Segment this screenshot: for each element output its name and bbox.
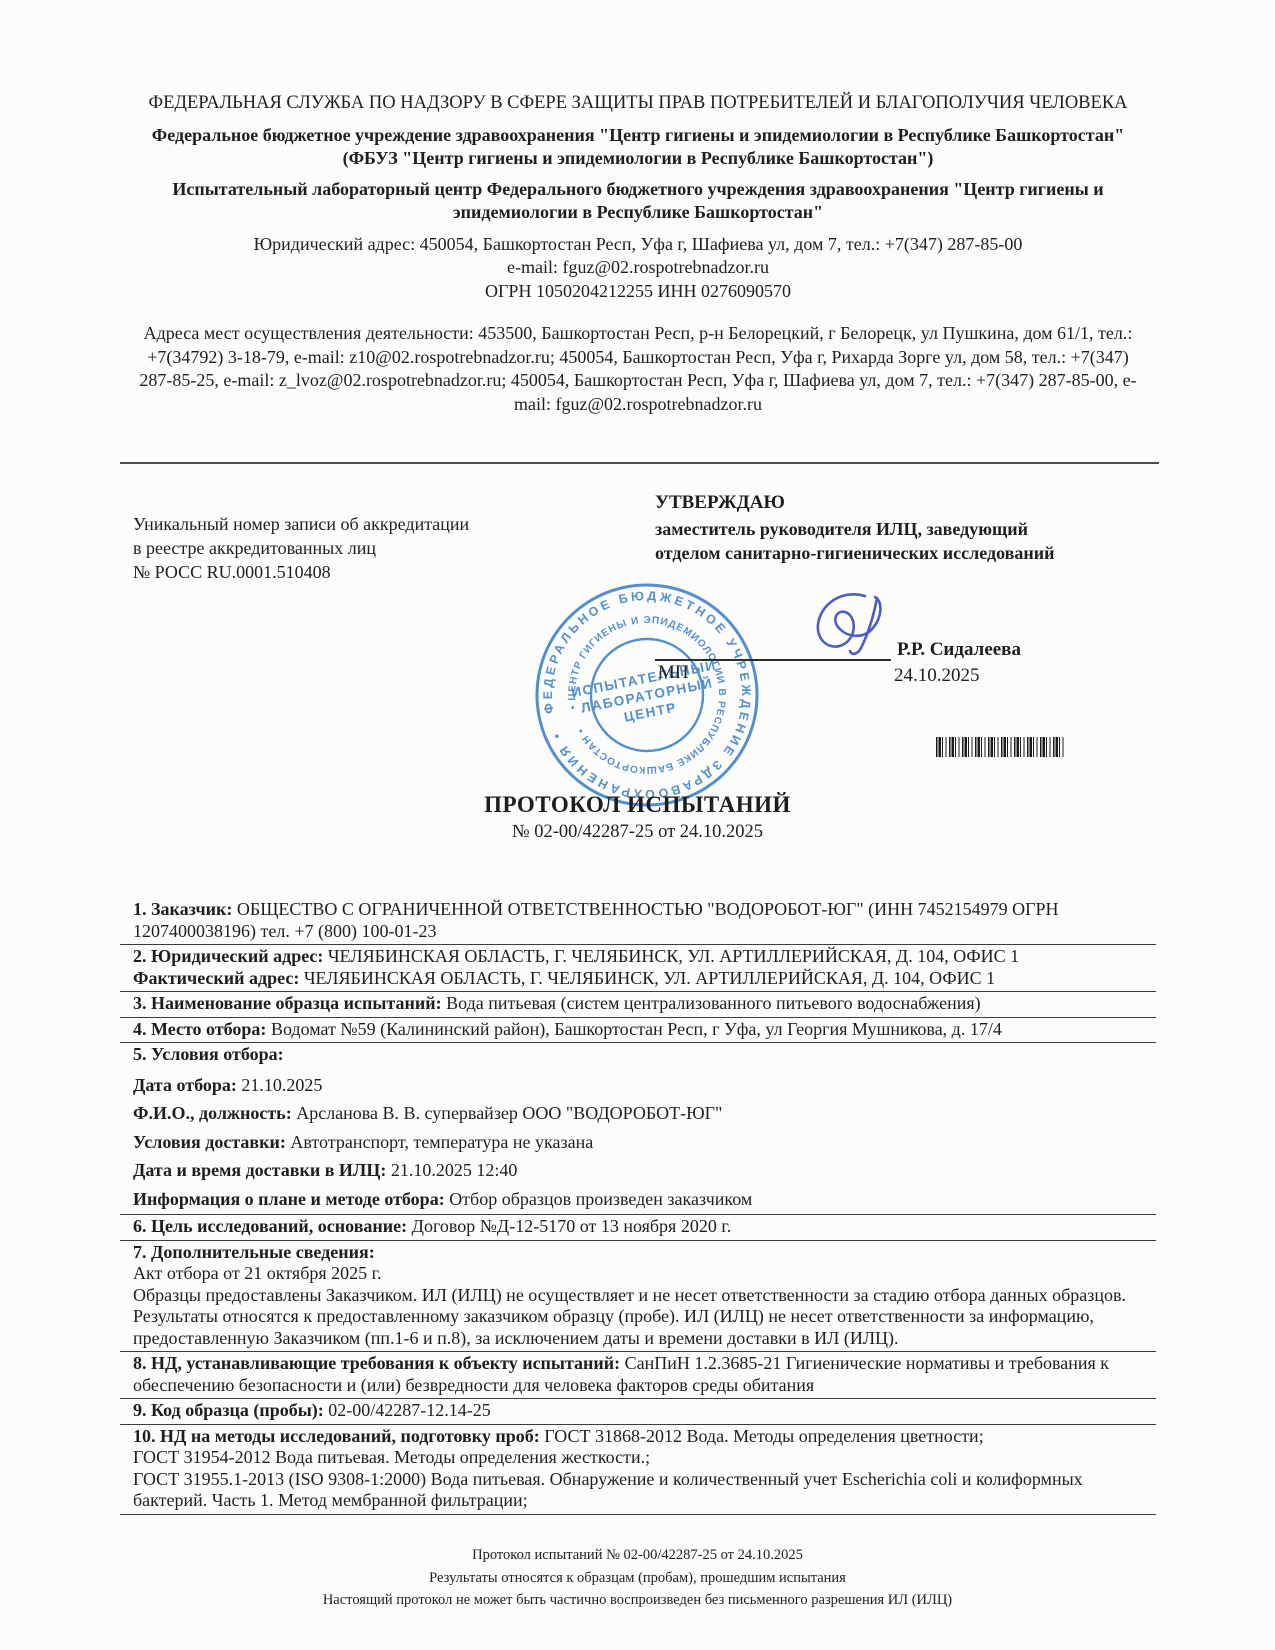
federal-service-name: ФЕДЕРАЛЬНАЯ СЛУЖБА ПО НАДЗОРУ В СФЕРЕ ЗА…: [130, 92, 1146, 116]
sampling-date-line: Дата отбора: 21.10.2025: [120, 1075, 1156, 1097]
protocol-sections: 1. Заказчик: ОБЩЕСТВО С ОГРАНИЧЕННОЙ ОТВ…: [120, 898, 1156, 1515]
accreditation-number: № РОСС RU.0001.510408: [133, 560, 513, 584]
section-sampling-conditions: 5. Условия отбора:: [120, 1043, 1156, 1068]
document-number: № 02-00/42287-25 от 24.10.2025: [0, 822, 1275, 843]
footer-protocol-number: Протокол испытаний № 02-00/42287-25 от 2…: [0, 1544, 1275, 1567]
testing-lab-center-name: Испытательный лабораторный центр Федерал…: [130, 178, 1146, 225]
disclaimer-paragraph: Образцы предоставлены Заказчиком. ИЛ (ИЛ…: [133, 1285, 1150, 1350]
section-value: ЧЕЛЯБИНСКАЯ ОБЛАСТЬ, Г. ЧЕЛЯБИНСК, УЛ. А…: [304, 968, 995, 988]
section-value: ГОСТ 31868-2012 Вода. Методы определения…: [544, 1426, 983, 1446]
accreditation-line-1: Уникальный номер записи об аккредитации: [133, 512, 513, 536]
section-value: Водомат №59 (Калининский район), Башкорт…: [271, 1019, 1002, 1039]
sampling-plan-line: Информация о плане и методе отбора: Отбо…: [120, 1189, 1156, 1216]
mp-seal-mark: МП: [658, 662, 689, 684]
gost-line: ГОСТ 31954-2012 Вода питьевая. Методы оп…: [133, 1447, 1150, 1469]
section-label: 5. Условия отбора:: [133, 1044, 284, 1064]
section-test-methods: 10. НД на методы исследований, подготовк…: [120, 1425, 1156, 1515]
ogrn-inn-line: ОГРН 1050204212255 ИНН 0276090570: [130, 280, 1146, 304]
signature-line: [655, 659, 891, 661]
organization-short-name: (ФБУЗ "Центр гигиены и эпидемиологии в Р…: [130, 147, 1146, 171]
section-label: 3. Наименование образца испытаний:: [133, 993, 442, 1013]
protocol-document-page: ФЕДЕРАЛЬНАЯ СЛУЖБА ПО НАДЗОРУ В СФЕРЕ ЗА…: [0, 0, 1275, 1650]
letterhead: ФЕДЕРАЛЬНАЯ СЛУЖБА ПО НАДЗОРУ В СФЕРЕ ЗА…: [130, 92, 1146, 416]
handwritten-signature: [803, 588, 903, 668]
organization-full-name: Федеральное бюджетное учреждение здравоо…: [130, 124, 1146, 148]
section-label: 7. Дополнительные сведения:: [133, 1242, 375, 1262]
footer-reproduction-note: Настоящий протокол не может быть частичн…: [0, 1589, 1275, 1612]
approval-date: 24.10.2025: [894, 665, 980, 687]
accreditation-block: Уникальный номер записи об аккредитации …: [133, 512, 513, 584]
approver-name: Р.Р. Сидалеева: [897, 639, 1021, 661]
gost-line: ГОСТ 31955.1-2013 (ISO 9308-1:2000) Вода…: [133, 1469, 1150, 1512]
section-label: 8. НД, устанавливающие требования к объе…: [133, 1353, 620, 1373]
accreditation-line-2: в реестре аккредитованных лиц: [133, 536, 513, 560]
section-sample-name: 3. Наименование образца испытаний: Вода …: [120, 992, 1156, 1018]
barcode: [936, 737, 1066, 757]
activity-addresses: Адреса мест осуществления деятельности: …: [130, 322, 1146, 416]
header-divider: [120, 462, 1159, 464]
sampler-name-line: Ф.И.О., должность: Арсланова В. В. супер…: [120, 1103, 1156, 1125]
section-label: Фактический адрес:: [133, 968, 299, 988]
section-value: ЧЕЛЯБИНСКАЯ ОБЛАСТЬ, Г. ЧЕЛЯБИНСК, УЛ. А…: [328, 946, 1019, 966]
section-label: 9. Код образца (пробы):: [133, 1400, 324, 1420]
section-customer: 1. Заказчик: ОБЩЕСТВО С ОГРАНИЧЕННОЙ ОТВ…: [120, 898, 1156, 945]
footer-results-note: Результаты относятся к образцам (пробам)…: [0, 1567, 1275, 1590]
legal-address: Юридический адрес: 450054, Башкортостан …: [130, 233, 1146, 257]
section-value: ОБЩЕСТВО С ОГРАНИЧЕННОЙ ОТВЕТСТВЕННОСТЬЮ…: [133, 899, 1059, 941]
section-label: 4. Место отбора:: [133, 1019, 266, 1039]
approval-block: УТВЕРЖДАЮ заместитель руководителя ИЛЦ, …: [655, 491, 1087, 565]
section-value: 02-00/42287-12.14-25: [328, 1400, 490, 1420]
section-value: Вода питьевая (систем централизованного …: [446, 993, 981, 1013]
section-purpose: 6. Цель исследований, основание: Договор…: [120, 1215, 1156, 1241]
approver-position: заместитель руководителя ИЛЦ, заведующий…: [655, 517, 1087, 565]
section-legal-address: 2. Юридический адрес: ЧЕЛЯБИНСКАЯ ОБЛАСТ…: [120, 945, 1156, 992]
section-label: 10. НД на методы исследований, подготовк…: [133, 1426, 540, 1446]
email-line: e-mail: fguz@02.rospotrebnadzor.ru: [130, 256, 1146, 280]
document-title: ПРОТОКОЛ ИСПЫТАНИЙ: [0, 792, 1275, 818]
section-sampling-place: 4. Место отбора: Водомат №59 (Калинински…: [120, 1018, 1156, 1044]
sampling-act-line: Акт отбора от 21 октября 2025 г.: [133, 1263, 1150, 1285]
section-value: Договор №Д-12-5170 от 13 ноября 2020 г.: [412, 1216, 732, 1236]
section-label: 6. Цель исследований, основание:: [133, 1216, 407, 1236]
section-additional-info: 7. Дополнительные сведения: Акт отбора о…: [120, 1241, 1156, 1353]
delivery-datetime-line: Дата и время доставки в ИЛЦ: 21.10.2025 …: [120, 1160, 1156, 1182]
approval-title: УТВЕРЖДАЮ: [655, 491, 1087, 515]
document-title-block: ПРОТОКОЛ ИСПЫТАНИЙ № 02-00/42287-25 от 2…: [0, 792, 1275, 843]
section-label: 2. Юридический адрес:: [133, 946, 323, 966]
section-sample-code: 9. Код образца (пробы): 02-00/42287-12.1…: [120, 1399, 1156, 1425]
section-label: 1. Заказчик:: [133, 899, 232, 919]
section-regulatory-requirements: 8. НД, устанавливающие требования к объе…: [120, 1352, 1156, 1399]
page-footer: Протокол испытаний № 02-00/42287-25 от 2…: [0, 1544, 1275, 1612]
delivery-conditions-line: Условия доставки: Автотранспорт, темпера…: [120, 1132, 1156, 1154]
